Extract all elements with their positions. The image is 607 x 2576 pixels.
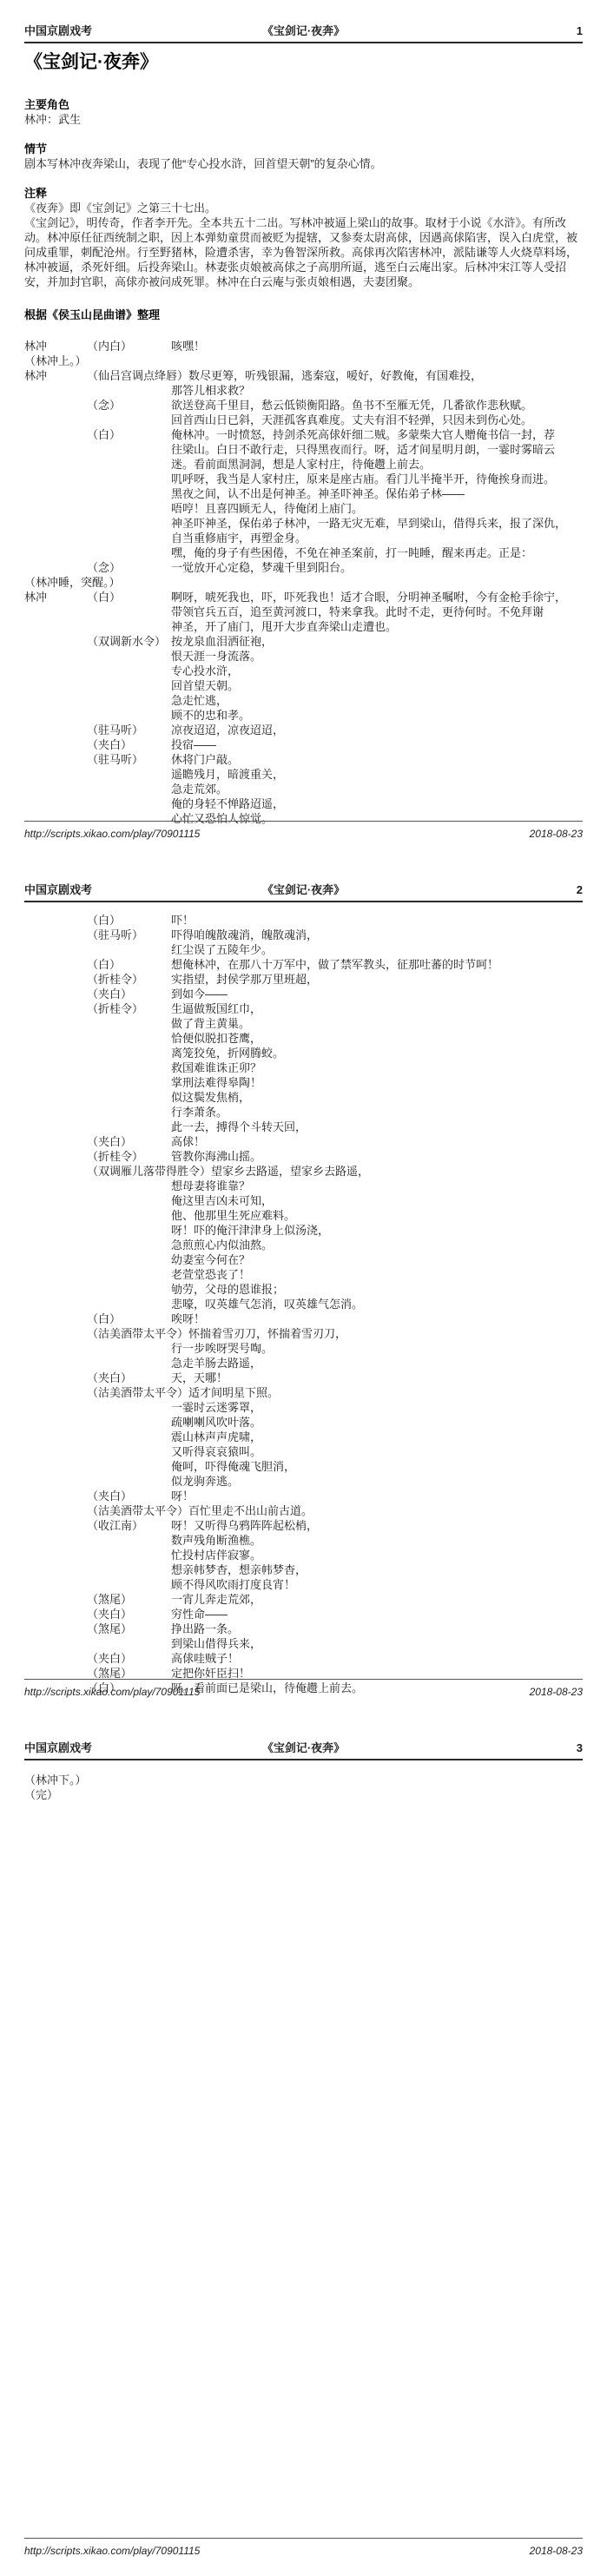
line-text: 呀！又听得乌鸦阵阵起松梢，: [171, 1518, 583, 1533]
delivery-tag: [87, 1223, 171, 1238]
delivery-tag: （夹白）: [87, 1134, 171, 1149]
script-lines: 林冲（内白）咳嘿！（林冲上。）林冲（仙吕宫调点绛唇）数尽更筹，听残银漏，逃秦寇，…: [24, 339, 583, 826]
script-line: 遥瞻残月，暗渡重关，: [24, 767, 583, 782]
line-text: 定把你奸臣扫！: [171, 1666, 583, 1681]
delivery-tag: （驻马听）: [87, 928, 171, 942]
script-line: 叽呼呀，我当是人家村庄，原来是座古庙。看门儿半掩半开，待俺挨身而进。: [24, 472, 583, 486]
role-name: [24, 1193, 87, 1208]
role-name: [24, 1134, 87, 1149]
delivery-tag: [87, 531, 171, 545]
script-line: 老萱堂恐丧了！: [24, 1267, 583, 1282]
line-text: 急走忙逃，: [171, 693, 583, 708]
delivery-tag: （内白）: [87, 339, 171, 353]
delivery-tag: [87, 1016, 171, 1031]
delivery-tag: （双调新水令）: [87, 634, 171, 649]
role-name: [24, 1105, 87, 1120]
script-line: 林冲（白）啊呀，唬死我也，吓，吓死我也！适才合眼，分明神圣嘱咐，今有金枪手徐宁，: [24, 590, 583, 604]
role-name: [24, 1636, 87, 1651]
delivery-tag: [87, 1459, 171, 1474]
line-text: 俺呵，吓得俺魂飞胆消，: [171, 1459, 583, 1474]
delivery-tag: [87, 486, 171, 501]
roles-heading: 主要角色: [24, 97, 583, 112]
script-line: 专心投水浒，: [24, 664, 583, 678]
delivery-tag: （双调雁儿落带得胜令）: [87, 1164, 211, 1179]
role-name: [24, 1444, 87, 1459]
page-footer: http://scripts.xikao.com/play/70901115 2…: [24, 2538, 583, 2557]
script-line: 神圣，开了庙门，甩开大步直奔梁山走遭也。: [24, 619, 583, 634]
line-text: 此一去，搏得个斗转天回，: [171, 1120, 583, 1134]
script-line: （夹白）呀！: [24, 1489, 583, 1503]
line-text: 急煎煎心内似油熬。: [171, 1238, 583, 1252]
role-name: [24, 693, 87, 708]
script-line: 似这鬓发焦梢，: [24, 1090, 583, 1105]
role-name: [24, 913, 87, 928]
role-name: [24, 1252, 87, 1267]
script-line: 急走羊肠去路遥，: [24, 1356, 583, 1371]
line-text: 穷性命——: [171, 1607, 583, 1622]
script-line: （收江南）呀！又听得乌鸦阵阵起松梢，: [24, 1518, 583, 1533]
line-text: 俺这里吉凶未可知，: [171, 1193, 583, 1208]
line-text: 似这鬓发焦梢，: [171, 1090, 583, 1105]
script-line: （沽美酒带太平令）百忙里走不出山前古道。: [24, 1503, 583, 1518]
delivery-tag: [87, 649, 171, 664]
script-line: 俺这里吉凶未可知，: [24, 1193, 583, 1208]
delivery-tag: [87, 796, 171, 811]
line-text: 百忙里走不出山前古道。: [188, 1503, 583, 1518]
script-line: 恨天涯一身流落。: [24, 649, 583, 664]
role-name: [24, 1001, 87, 1016]
delivery-tag: [87, 1238, 171, 1252]
role-name: [24, 1430, 87, 1444]
role-name: [24, 398, 87, 413]
script-line: 回首西山日已斜，天涯孤客真难度。丈夫有泪不轻弹，只因未到伤心处。: [24, 413, 583, 427]
script-line: 红尘误了五陵年少。: [24, 942, 583, 957]
footer-date: 2018-08-23: [530, 1686, 583, 1698]
role-name: [24, 1267, 87, 1282]
role-name: [24, 972, 87, 987]
header-site-title: 中国京剧戏考: [24, 1742, 92, 1754]
delivery-tag: [87, 1179, 171, 1193]
delivery-tag: （夹白）: [87, 1371, 171, 1385]
role-name: [24, 1474, 87, 1489]
delivery-tag: （夹白）: [87, 987, 171, 1001]
delivery-tag: [87, 767, 171, 782]
delivery-tag: [87, 1282, 171, 1297]
delivery-tag: （驻马听）: [87, 752, 171, 767]
role-name: [24, 1666, 87, 1681]
stage-direction: （林冲睡，突醒。）: [24, 575, 583, 590]
role-name: [24, 942, 87, 957]
delivery-tag: [87, 1060, 171, 1075]
role-name: [24, 472, 87, 486]
role-name: [24, 1356, 87, 1371]
script-line: 那答儿相求救？: [24, 383, 583, 398]
script-line: 黑夜之间，认不出是何神圣。神圣吓神圣。保佑弟子林——: [24, 486, 583, 501]
footer-url: http://scripts.xikao.com/play/70901115: [24, 2545, 200, 2557]
line-text: 自当重修庙宇，再塑金身。: [171, 531, 583, 545]
role-name: [24, 1371, 87, 1385]
delivery-tag: [87, 1430, 171, 1444]
delivery-tag: [87, 1105, 171, 1120]
role-name: [24, 1031, 87, 1046]
page-footer: http://scripts.xikao.com/play/70901115 2…: [24, 821, 583, 840]
notes-heading: 注释: [24, 186, 583, 201]
role-name: [24, 1326, 87, 1341]
role-name: 林冲: [24, 590, 87, 604]
role-name: [24, 957, 87, 972]
line-text: 挣出路一条。: [171, 1622, 583, 1636]
delivery-tag: （夹白）: [87, 1607, 171, 1622]
header-play-title: 《宝剑记·夜奔》: [262, 25, 345, 37]
delivery-tag: [87, 457, 171, 472]
role-name: [24, 1415, 87, 1430]
line-text: 一宵儿奔走荒郊，: [171, 1592, 583, 1607]
role-name: [24, 604, 87, 619]
delivery-tag: [87, 1193, 171, 1208]
delivery-tag: [87, 693, 171, 708]
role-name: [24, 1016, 87, 1031]
script-line: （驻马听）吓得咱魄散魂消，魄散魂消，: [24, 928, 583, 942]
delivery-tag: （沽美酒带太平令）: [87, 1326, 188, 1341]
footer-date: 2018-08-23: [530, 828, 583, 840]
line-text: 天，天哪！: [171, 1371, 583, 1385]
script-line: 顾不得风吹雨打度良宵！: [24, 1577, 583, 1592]
role-name: [24, 1651, 87, 1666]
script-line: 急走荒郊。: [24, 782, 583, 796]
delivery-tag: （白）: [87, 427, 171, 442]
line-text: 啊呀，唬死我也，吓，吓死我也！适才合眼，分明神圣嘱咐，今有金枪手徐宁，: [171, 590, 583, 604]
role-name: [24, 723, 87, 737]
delivery-tag: （折桂令）: [87, 972, 171, 987]
line-text: 俺林冲。一时愤怒，持剑杀死高俅奸细二贼。多蒙柴大官人赠俺书信一封，荐: [171, 427, 583, 442]
line-text: 顾不得风吹雨打度良宵！: [171, 1577, 583, 1592]
delivery-tag: （白）: [87, 590, 171, 604]
plot-body: 剧本写林冲夜奔梁山，表现了他“专心投水浒，回首望天朝”的复杂心情。: [24, 156, 583, 171]
delivery-tag: （驻马听）: [87, 723, 171, 737]
line-text: 带领官兵五百，追至黄河渡口，特来拿我。此时不走，更待何时。不免拜谢: [171, 604, 583, 619]
line-text: 老萱堂恐丧了！: [171, 1267, 583, 1282]
script-line: 劬劳，父母的恩谁报；: [24, 1282, 583, 1297]
script-line: 行一步唉呀哭号啕。: [24, 1341, 583, 1356]
delivery-tag: [87, 1548, 171, 1562]
role-name: [24, 516, 87, 531]
role-name: [24, 1179, 87, 1193]
script-line: 又听得哀哀猿叫。: [24, 1444, 583, 1459]
script-line: （驻马听）休将门户敲。: [24, 752, 583, 767]
role-name: [24, 1046, 87, 1060]
role-name: [24, 664, 87, 678]
line-text: 唉呀！: [171, 1311, 583, 1326]
line-text: 救国难谁诛正卯？: [171, 1060, 583, 1075]
role-name: [24, 708, 87, 723]
delivery-tag: （夹白）: [87, 1489, 171, 1503]
script-line: （夹白）天，天哪！: [24, 1371, 583, 1385]
delivery-tag: （煞尾）: [87, 1666, 171, 1681]
source-heading: 根据《侯玉山昆曲谱》整理: [24, 307, 583, 322]
role-name: [24, 767, 87, 782]
role-name: [24, 1282, 87, 1297]
line-text: 回首西山日已斜，天涯孤客真难度。丈夫有泪不轻弹，只因未到伤心处。: [171, 413, 583, 427]
document-title: 《宝剑记·夜奔》: [24, 51, 583, 73]
script-line: （折桂令）实指望，封侯学那万里班超，: [24, 972, 583, 987]
delivery-tag: [87, 472, 171, 486]
line-text: 回首望天朝。: [171, 678, 583, 693]
role-name: [24, 1503, 87, 1518]
line-text: 迷。看前面黑洞洞，想是人家村庄，待俺趱上前去。: [171, 457, 583, 472]
role-name: [24, 782, 87, 796]
page-number: 1: [577, 25, 583, 37]
line-text: 吓！: [171, 913, 583, 928]
role-name: [24, 649, 87, 664]
line-text: 休将门户敲。: [171, 752, 583, 767]
role-name: 林冲: [24, 368, 87, 383]
stage-direction: （完）: [24, 1787, 583, 1802]
script-line: 离笼狡兔，折网腾蛟。: [24, 1046, 583, 1060]
script-line: （念）欲送登高千里目，愁云低锁衡阳路。鱼书不至雁无凭，几番欲作悲秋赋。: [24, 398, 583, 413]
script-line: 急走忙逃，: [24, 693, 583, 708]
page-2: 中国京剧戏考 《宝剑记·夜奔》 2 （白）吓！（驻马听）吓得咱魄散魂消，魄散魂消…: [0, 859, 607, 1718]
script-line: 自当重修庙宇，再塑金身。: [24, 531, 583, 545]
delivery-tag: （仙吕宫调点绛唇）: [87, 368, 188, 383]
role-name: [24, 1149, 87, 1164]
line-text: 想亲帏梦杳，想亲帏梦杳，: [171, 1562, 583, 1577]
delivery-tag: [87, 708, 171, 723]
delivery-tag: [87, 678, 171, 693]
script-line: （煞尾）一宵儿奔走荒郊，: [24, 1592, 583, 1607]
line-text: 遥瞻残月，暗渡重关，: [171, 767, 583, 782]
role-name: [24, 1090, 87, 1105]
line-text: 往梁山。白日不敢行走，只得黑夜而行。呀，适才间星明月朗，一霎时雾暗云: [171, 442, 583, 457]
role-name: [24, 1562, 87, 1577]
script-line: 到梁山借得兵来，: [24, 1636, 583, 1651]
role-name: [24, 619, 87, 634]
delivery-tag: [87, 1474, 171, 1489]
role-name: [24, 1518, 87, 1533]
line-text: 生逼做叛国红巾，: [171, 1001, 583, 1016]
script-line: （折桂令）生逼做叛国红巾，: [24, 1001, 583, 1016]
delivery-tag: （念）: [87, 560, 171, 575]
delivery-tag: [87, 1444, 171, 1459]
delivery-tag: [87, 942, 171, 957]
role-name: [24, 1075, 87, 1090]
line-text: 震山林声声虎啸，: [171, 1430, 583, 1444]
delivery-tag: [87, 442, 171, 457]
delivery-tag: [87, 545, 171, 560]
script-line: 呀！吓的俺汗津津身上似汤浇，: [24, 1223, 583, 1238]
delivery-tag: （白）: [87, 957, 171, 972]
line-text: 他、他那里生死应难料。: [171, 1208, 583, 1223]
notes-paragraph: 《夜奔》即《宝剑记》之第三十七出。: [24, 201, 583, 215]
line-text: 叽呼呀，我当是人家村庄，原来是座古庙。看门儿半掩半开，待俺挨身而进。: [171, 472, 583, 486]
line-text: 凉夜迢迢，凉夜迢迢，: [171, 723, 583, 737]
line-text: 恰便似脱扣苍鹰，: [171, 1031, 583, 1046]
role-name: [24, 1208, 87, 1223]
delivery-tag: [87, 1415, 171, 1430]
delivery-tag: [87, 1577, 171, 1592]
script-line: （驻马听）凉夜迢迢，凉夜迢迢，: [24, 723, 583, 737]
line-text: 咳嘿！: [171, 339, 583, 353]
plot-heading: 情节: [24, 142, 583, 156]
line-text: 呀！吓的俺汗津津身上似汤浇，: [171, 1223, 583, 1238]
script-line: （沽美酒带太平令）适才间明星下照。: [24, 1385, 583, 1400]
role-name: [24, 1592, 87, 1607]
delivery-tag: [87, 1562, 171, 1577]
role-name: [24, 1548, 87, 1562]
role-name: 林冲: [24, 339, 87, 353]
page-1: 中国京剧戏考 《宝剑记·夜奔》 1 《宝剑记·夜奔》 主要角色 林冲：武生 情节…: [0, 0, 607, 859]
role-name: [24, 1607, 87, 1622]
script-line: 急煎煎心内似油熬。: [24, 1238, 583, 1252]
line-text: 到梁山借得兵来，: [171, 1636, 583, 1651]
script-lines: （白）吓！（驻马听）吓得咱魄散魂消，魄散魂消，红尘误了五陵年少。（白）想俺林冲，…: [24, 913, 583, 1695]
delivery-tag: （折桂令）: [87, 1001, 171, 1016]
line-text: 行李萧条。: [171, 1105, 583, 1120]
script-line: 行李萧条。: [24, 1105, 583, 1120]
script-line: （白）俺林冲。一时愤怒，持剑杀死高俅奸细二贼。多蒙柴大官人赠俺书信一封，荐: [24, 427, 583, 442]
role-name: [24, 752, 87, 767]
delivery-tag: [87, 501, 171, 516]
role-name: [24, 531, 87, 545]
script-line: （白）想俺林冲，在那八十万军中，做了禁军教头，征那吐蕃的时节呵！: [24, 957, 583, 972]
line-text: 红尘误了五陵年少。: [171, 942, 583, 957]
role-name: [24, 457, 87, 472]
delivery-tag: （沽美酒带太平令）: [87, 1503, 188, 1518]
delivery-tag: [87, 1252, 171, 1267]
script-line: 唔哼！且喜四顾无人，待俺闭上庙门。: [24, 501, 583, 516]
line-text: 想俺林冲，在那八十万军中，做了禁军教头，征那吐蕃的时节呵！: [171, 957, 583, 972]
delivery-tag: [87, 1341, 171, 1356]
delivery-tag: （念）: [87, 398, 171, 413]
role-name: [24, 1311, 87, 1326]
script-line: （煞尾）挣出路一条。: [24, 1622, 583, 1636]
script-lines: （林冲下。）（完）: [24, 1773, 583, 1802]
delivery-tag: [87, 782, 171, 796]
delivery-tag: [87, 619, 171, 634]
line-text: 数尽更筹，听残银漏，逃秦寇，嗳好，好教俺，有国难投，: [188, 368, 583, 383]
line-text: 疏喇喇风吹叶落。: [171, 1415, 583, 1430]
line-text: 急走羊肠去路遥，: [171, 1356, 583, 1371]
script-line: （念）一觉放开心定稳，梦魂千里到阳台。: [24, 560, 583, 575]
page-3: 中国京剧戏考 《宝剑记·夜奔》 3 （林冲下。）（完） http://scrip…: [0, 1717, 607, 2576]
stage-direction: （林冲上。）: [24, 353, 583, 368]
delivery-tag: （折桂令）: [87, 1149, 171, 1164]
script-line: （双调新水令）按龙泉血泪洒征袍，: [24, 634, 583, 649]
line-text: 嘿，俺的身子有些困倦，不免在神圣案前，打一盹睡，醒来再走。正是：: [171, 545, 583, 560]
role-name: [24, 1622, 87, 1636]
script-line: （白）吓！: [24, 913, 583, 928]
script-line: 掌刑法难得皋陶！: [24, 1075, 583, 1090]
role-name: [24, 796, 87, 811]
line-text: 投宿——: [171, 737, 583, 752]
script-line: （白）唉呀！: [24, 1311, 583, 1326]
delivery-tag: （煞尾）: [87, 1622, 171, 1636]
line-text: 望家乡去路遥，望家乡去路遥，: [211, 1164, 583, 1179]
script-line: 忙投村店伴寂寥。: [24, 1548, 583, 1562]
delivery-tag: [87, 1090, 171, 1105]
script-line: 林冲（内白）咳嘿！: [24, 339, 583, 353]
stage-direction: （林冲下。）: [24, 1773, 583, 1787]
delivery-tag: （白）: [87, 913, 171, 928]
line-text: 悲嚎，叹英雄气怎消，叹英雄气怎消。: [171, 1297, 583, 1311]
header-site-title: 中国京剧戏考: [24, 884, 92, 896]
line-text: 行一步唉呀哭号啕。: [171, 1341, 583, 1356]
role-name: [24, 1489, 87, 1503]
delivery-tag: [87, 1297, 171, 1311]
script-line: 嘿，俺的身子有些困倦，不免在神圣案前，打一盹睡，醒来再走。正是：: [24, 545, 583, 560]
script-line: 俺呵，吓得俺魂飞胆消，: [24, 1459, 583, 1474]
delivery-tag: （白）: [87, 1311, 171, 1326]
line-text: 急走荒郊。: [171, 782, 583, 796]
script-line: 想母妻将谁靠？: [24, 1179, 583, 1193]
role-name: [24, 1120, 87, 1134]
line-text: 适才间明星下照。: [188, 1385, 583, 1400]
line-text: 一霎时云迷雾罩，: [171, 1400, 583, 1415]
line-text: 忙投村店伴寂寥。: [171, 1548, 583, 1562]
role-name: [24, 928, 87, 942]
line-text: 欲送登高千里目，愁云低锁衡阳路。鱼书不至雁无凭，几番欲作悲秋赋。: [171, 398, 583, 413]
footer-date: 2018-08-23: [530, 2545, 583, 2557]
script-line: 此一去，搏得个斗转天回，: [24, 1120, 583, 1134]
line-text: 俺的身轻不惮路迢遥，: [171, 796, 583, 811]
line-text: 幼妻室今何在？: [171, 1252, 583, 1267]
line-text: 按龙泉血泪洒征袍，: [171, 634, 583, 649]
script-line: 迷。看前面黑洞洞，想是人家村庄，待俺趱上前去。: [24, 457, 583, 472]
role-name: [24, 501, 87, 516]
script-line: （夹白）高俅哇贼子！: [24, 1651, 583, 1666]
role-name: [24, 413, 87, 427]
delivery-tag: [87, 516, 171, 531]
delivery-tag: （煞尾）: [87, 1592, 171, 1607]
delivery-tag: [87, 604, 171, 619]
line-text: 吓得咱魄散魂消，魄散魂消，: [171, 928, 583, 942]
delivery-tag: [87, 1356, 171, 1371]
role-name: [24, 1238, 87, 1252]
line-text: 一觉放开心定稳，梦魂千里到阳台。: [171, 560, 583, 575]
page-header: 中国京剧戏考 《宝剑记·夜奔》 1: [24, 0, 583, 43]
line-text: 神圣吓神圣，保佑弟子林冲，一路无灾无难，早到梁山，借得兵来，报了深仇，: [171, 516, 583, 531]
script-line: 似龙驹奔逃。: [24, 1474, 583, 1489]
line-text: 怀揣着雪刃刀，怀揣着雪刃刀，: [188, 1326, 583, 1341]
delivery-tag: [87, 1046, 171, 1060]
delivery-tag: [87, 383, 171, 398]
script-line: （折桂令）管教你海沸山摇。: [24, 1149, 583, 1164]
script-line: （夹白）到如今——: [24, 987, 583, 1001]
line-text: 想母妻将谁靠？: [171, 1179, 583, 1193]
line-text: 离笼狡兔，折网腾蛟。: [171, 1046, 583, 1060]
role-name: [24, 737, 87, 752]
delivery-tag: [87, 413, 171, 427]
header-site-title: 中国京剧戏考: [24, 25, 92, 37]
script-line: 救国难谁诛正卯？: [24, 1060, 583, 1075]
script-line: （沽美酒带太平令）怀揣着雪刃刀，怀揣着雪刃刀，: [24, 1326, 583, 1341]
role-name: [24, 987, 87, 1001]
script-line: （双调雁儿落带得胜令）望家乡去路遥，望家乡去路遥，: [24, 1164, 583, 1179]
delivery-tag: [87, 1031, 171, 1046]
script-line: 震山林声声虎啸，: [24, 1430, 583, 1444]
page-footer: http://scripts.xikao.com/play/70901115 2…: [24, 1679, 583, 1698]
line-text: 又听得哀哀猿叫。: [171, 1444, 583, 1459]
delivery-tag: （夹白）: [87, 737, 171, 752]
line-text: 高俅！: [171, 1134, 583, 1149]
line-text: 神圣，开了庙门，甩开大步直奔梁山走遭也。: [171, 619, 583, 634]
script-line: 林冲（仙吕宫调点绛唇）数尽更筹，听残银漏，逃秦寇，嗳好，好教俺，有国难投，: [24, 368, 583, 383]
delivery-tag: [87, 1075, 171, 1090]
delivery-tag: [87, 1636, 171, 1651]
role-name: [24, 1341, 87, 1356]
script-line: 悲嚎，叹英雄气怎消，叹英雄气怎消。: [24, 1297, 583, 1311]
script-line: （煞尾）定把你奸臣扫！: [24, 1666, 583, 1681]
script-line: 顾不的忠和孝。: [24, 708, 583, 723]
